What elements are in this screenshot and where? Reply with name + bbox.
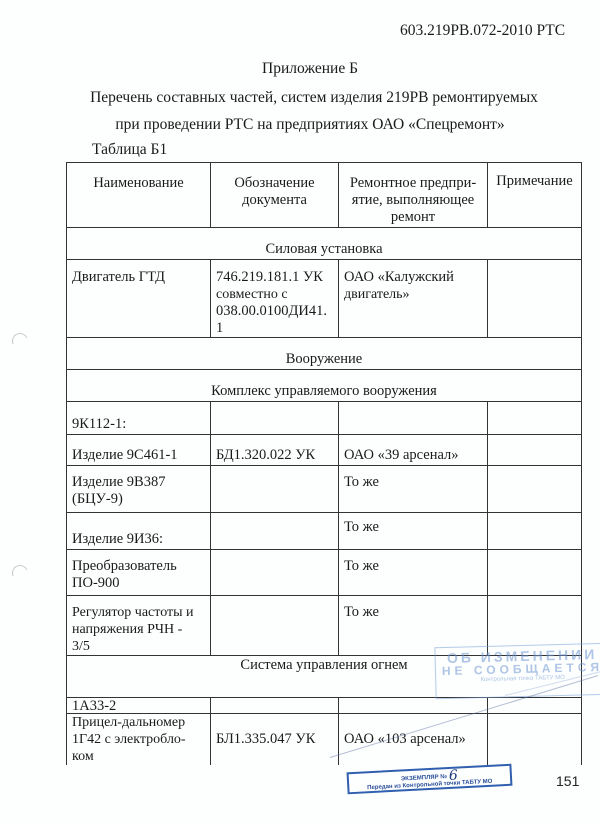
- section-title: Комплекс управляемого вооружения: [67, 370, 582, 402]
- column-header-document: Обозначениедокумента: [211, 163, 339, 228]
- document-title-line-1: Перечень составных частей, систем издели…: [0, 89, 600, 107]
- cell-enterprise: [339, 698, 488, 714]
- table-row: Двигатель ГТД 746.219.181.1 УК совместно…: [67, 260, 582, 338]
- table-row: 9К112-1:: [67, 402, 582, 435]
- section-row-armament: Вооружение: [67, 338, 582, 370]
- cell-document: [211, 596, 339, 656]
- column-header-enterprise: Ремонтное предпри-ятие, выполняющееремон…: [339, 163, 488, 228]
- table-header-row: Наименование Обозначениедокумента Ремонт…: [67, 163, 582, 228]
- cell-enterprise: ОАО «103 арсенал»: [339, 714, 488, 766]
- punch-hole-icon: [10, 563, 31, 584]
- table-label: Таблица Б1: [92, 141, 167, 159]
- table-row: Изделие 9С461-1 БД1.320.022 УК ОАО «39 а…: [67, 435, 582, 466]
- cell-name: Изделие 9И36:: [67, 513, 211, 550]
- cell-enterprise: [339, 402, 488, 435]
- table-row: ПреобразовательПО-900 То же: [67, 550, 582, 596]
- page-number: 151: [556, 773, 579, 789]
- document-number: 603.219РВ.072-2010 РТС: [400, 22, 565, 40]
- cell-note: [488, 435, 582, 466]
- cell-name: 1А33-2: [67, 698, 211, 714]
- cell-document: [211, 513, 339, 550]
- cell-enterprise: ОАО «39 арсенал»: [339, 435, 488, 466]
- cell-note: [488, 402, 582, 435]
- cell-name: Регулятор частоты инапряжения РЧН -3/5: [67, 596, 211, 656]
- cell-enterprise: То же: [339, 513, 488, 550]
- cell-note: [488, 714, 582, 766]
- section-title: Силовая установка: [67, 228, 582, 260]
- copy-number-stamp: ЭКЗЕМПЛЯР №6 Передан из Контрольной точк…: [347, 764, 513, 795]
- table-row: 1А33-2: [67, 698, 582, 714]
- cell-document: [211, 402, 339, 435]
- cell-name: Двигатель ГТД: [67, 260, 211, 338]
- cell-name: Изделие 9В387(БЦУ-9): [67, 466, 211, 513]
- cell-name: ПреобразовательПО-900: [67, 550, 211, 596]
- cell-document: [211, 466, 339, 513]
- table-row: Прицел-дальномер1Г42 с электробло-ком БЛ…: [67, 714, 582, 766]
- cell-enterprise: ОАО «Калужский двигатель»: [339, 260, 488, 338]
- cell-enterprise: То же: [339, 466, 488, 513]
- cell-document: [211, 550, 339, 596]
- section-row-guided-weapons: Комплекс управляемого вооружения: [67, 370, 582, 402]
- cell-name: Прицел-дальномер1Г42 с электробло-ком: [67, 714, 211, 766]
- cell-document: [211, 698, 339, 714]
- document-title-line-2: при проведении РТС на предприятиях ОАО «…: [0, 116, 600, 134]
- section-row-power-plant: Силовая установка: [67, 228, 582, 260]
- punch-hole-icon: [10, 331, 31, 352]
- table-row: Изделие 9В387(БЦУ-9) То же: [67, 466, 582, 513]
- column-header-note: Примечание: [488, 163, 582, 228]
- cell-note: [488, 513, 582, 550]
- copy-number: 6: [449, 768, 459, 784]
- cell-document: БЛ1.335.047 УК: [211, 714, 339, 766]
- cell-name: Изделие 9С461-1: [67, 435, 211, 466]
- section-title: Вооружение: [67, 338, 582, 370]
- cell-document: 746.219.181.1 УК совместно с 038.00.0100…: [211, 260, 339, 338]
- table-row: Изделие 9И36: То же: [67, 513, 582, 550]
- cell-document: БД1.320.022 УК: [211, 435, 339, 466]
- cell-note: [488, 466, 582, 513]
- cell-note: [488, 260, 582, 338]
- cell-enterprise: То же: [339, 550, 488, 596]
- cell-note: [488, 550, 582, 596]
- column-header-name: Наименование: [67, 163, 211, 228]
- appendix-heading: Приложение Б: [0, 60, 600, 78]
- cell-name: 9К112-1:: [67, 402, 211, 435]
